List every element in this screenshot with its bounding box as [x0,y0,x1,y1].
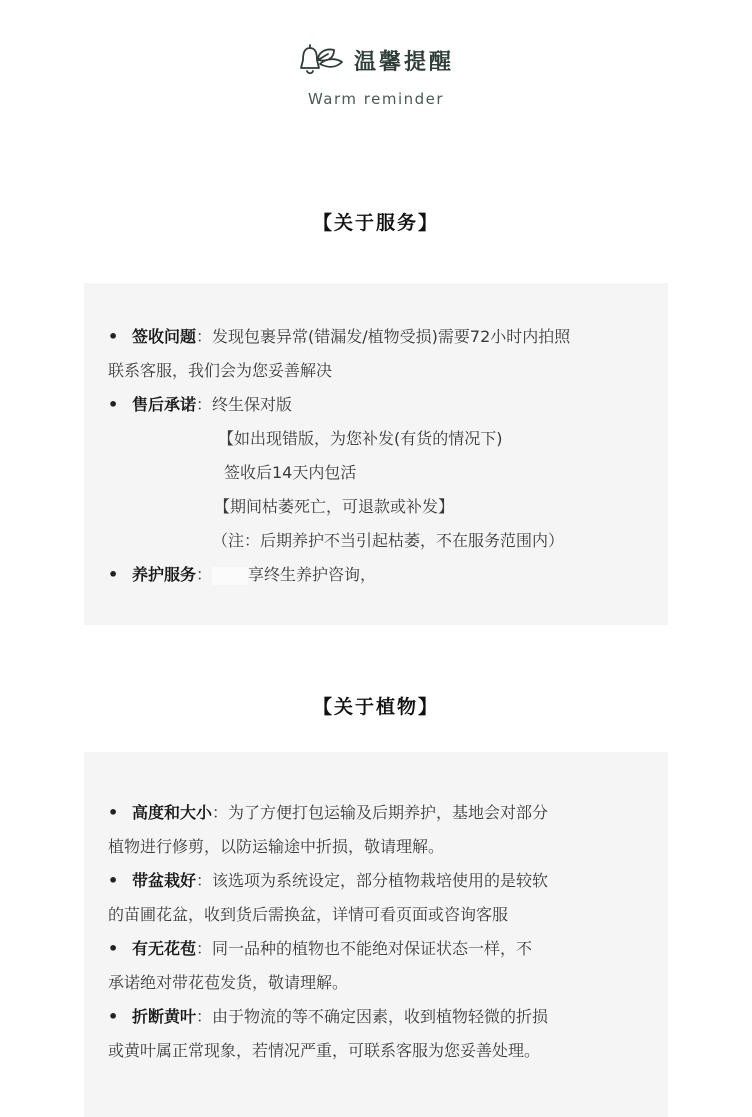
item-label: 高度和大小 [132,803,212,822]
item-text: 为了方便打包运输及后期养护，基地会对部分 [228,803,548,822]
item-text: 该选项为系统设定，部分植物栽培使用的是较软 [212,871,548,890]
plants-panel: •高度和大小：为了方便打包运输及后期养护，基地会对部分 植物进行修剪，以防运输途… [84,752,668,1117]
item-text-continued: 或黄叶属正常现象，若情况严重，可联系客服为您妥善处理。 [108,1034,654,1068]
title-row: 温馨提醒 [0,40,752,80]
list-item: •折断黄叶：由于物流的等不确定因素，收到植物轻微的折损 或黄叶属正常现象，若情况… [108,1000,654,1068]
item-label: 有无花苞 [132,939,196,958]
redacted-mask [212,567,248,585]
sub-line: （注：后期养护不当引起枯萎，不在服务范围内） [108,524,654,558]
list-item: •签收问题：发现包裹异常(错漏发/植物受损)需要72小时内拍照 联系客服，我们会… [108,320,654,388]
section-title-service: 【关于服务】 [0,208,752,235]
item-text-continued: 承诺绝对带花苞发货，敬请理解。 [108,966,654,1000]
list-item: •养护服务：享终生养护咨询， [108,558,654,592]
page-header: 温馨提醒 Warm reminder [0,40,752,108]
plants-list: •高度和大小：为了方便打包运输及后期养护，基地会对部分 植物进行修剪，以防运输途… [108,796,654,1068]
item-text-continued: 植物进行修剪，以防运输途中折损，敬请理解。 [108,830,654,864]
bell-leaf-icon [298,42,344,78]
section-title-plants: 【关于植物】 [0,692,752,719]
item-label: 签收问题 [132,327,196,346]
page-subtitle: Warm reminder [0,90,752,108]
item-label: 售后承诺 [132,395,196,414]
item-label: 养护服务 [132,565,196,584]
item-label: 带盆栽好 [132,871,196,890]
list-item: •有无花苞：同一品种的植物也不能绝对保证状态一样，不 承诺绝对带花苞发货，敬请理… [108,932,654,1000]
sub-line: 【期间枯萎死亡，可退款或补发】 [108,490,654,524]
item-text-continued: 联系客服，我们会为您妥善解决 [108,354,654,388]
service-list: •签收问题：发现包裹异常(错漏发/植物受损)需要72小时内拍照 联系客服，我们会… [108,320,654,592]
list-item: •带盆栽好：该选项为系统设定，部分植物栽培使用的是较软 的苗圃花盆，收到货后需换… [108,864,654,932]
item-text: 由于物流的等不确定因素，收到植物轻微的折损 [212,1007,548,1026]
item-text-continued: 的苗圃花盆，收到货后需换盆，详情可看页面或咨询客服 [108,898,654,932]
item-text: 终生保对版 [212,395,292,414]
service-panel: •签收问题：发现包裹异常(错漏发/植物受损)需要72小时内拍照 联系客服，我们会… [84,283,668,625]
item-label: 折断黄叶 [132,1007,196,1026]
page-title: 温馨提醒 [354,45,454,76]
item-text: 同一品种的植物也不能绝对保证状态一样，不 [212,939,532,958]
item-text: 享终生养护咨询， [248,565,376,584]
item-text: 发现包裹异常(错漏发/植物受损)需要72小时内拍照 [212,327,570,346]
list-item: •高度和大小：为了方便打包运输及后期养护，基地会对部分 植物进行修剪，以防运输途… [108,796,654,864]
sub-line: 【如出现错版，为您补发(有货的情况下) [108,422,654,456]
list-item: •售后承诺：终生保对版 【如出现错版，为您补发(有货的情况下) 签收后14天内包… [108,388,654,558]
sub-line: 签收后14天内包活 [108,456,654,490]
